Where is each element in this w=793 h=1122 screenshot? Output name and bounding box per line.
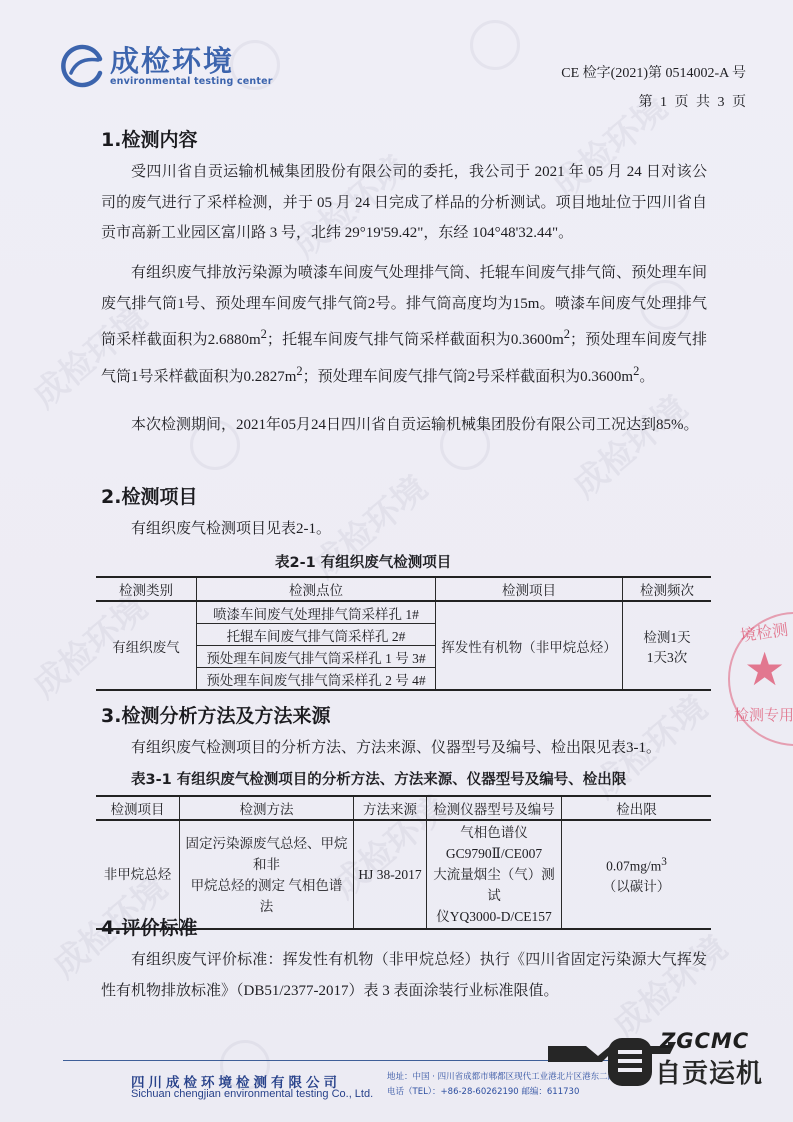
limit-text: 0.07mg/m bbox=[606, 858, 661, 873]
company-logo: 成检环境 environmental testing center bbox=[60, 43, 273, 89]
method-cell: 固定污染源废气总烃、甲烷和非 甲烷总烃的测定 气相色谱法 bbox=[180, 820, 354, 929]
section-2-title: 2.检测项目 bbox=[101, 482, 197, 509]
watermark: 成检环境 bbox=[560, 382, 696, 507]
limit-value: 0.07mg/m3 bbox=[566, 852, 707, 877]
table-row: 有组织废气 喷漆车间废气处理排气筒采样孔 1# 挥发性有机物（非甲烷总烃） 检测… bbox=[96, 601, 711, 624]
limit-cell: 0.07mg/m3 （以碳计） bbox=[562, 820, 712, 929]
source-cell: HJ 38-2017 bbox=[354, 820, 427, 929]
official-stamp: 境检测 ★ 检测专用 bbox=[728, 612, 793, 742]
zgcmc-brand-cn: 自贡运机 bbox=[655, 1053, 763, 1090]
instrument-line: 仪YQ3000-D/CE157 bbox=[431, 906, 557, 927]
text: ；预处理车间废气排气筒2号采样截面积为0.3600m bbox=[303, 369, 633, 385]
footer-company-en: Sichuan chengjian environmental testing … bbox=[131, 1088, 373, 1100]
table-header-row: 检测类别 检测点位 检测项目 检测频次 bbox=[96, 577, 711, 601]
page-indicator: 第 1 页 共 3 页 bbox=[639, 91, 747, 111]
column-header: 检测项目 bbox=[436, 577, 623, 601]
section-1-paragraph-2: 有组织废气排放污染源为喷漆车间废气处理排气筒、托辊车间废气排气筒、预处理车间废气… bbox=[101, 258, 707, 392]
column-header: 检出限 bbox=[562, 796, 712, 820]
point-cell: 预处理车间废气排气筒采样孔 2 号 4# bbox=[197, 668, 436, 691]
table-2-1: 检测类别 检测点位 检测项目 检测频次 有组织废气 喷漆车间废气处理排气筒采样孔… bbox=[96, 576, 711, 691]
section-1-title: 1.检测内容 bbox=[101, 125, 197, 152]
logo-subtitle: environmental testing center bbox=[110, 76, 273, 87]
table-2-1-caption: 表2-1 有组织废气检测项目 bbox=[275, 551, 451, 572]
frequency-line: 检测1天 bbox=[627, 626, 707, 646]
section-4-title: 4.评价标准 bbox=[101, 913, 197, 940]
instrument-line: 气相色谱仪 bbox=[431, 822, 557, 843]
table-header-row: 检测项目 检测方法 方法来源 检测仪器型号及编号 检出限 bbox=[96, 796, 711, 820]
column-header: 检测频次 bbox=[623, 577, 712, 601]
point-cell: 喷漆车间废气处理排气筒采样孔 1# bbox=[197, 601, 436, 624]
zgcmc-brand-en: ZGCMC bbox=[660, 1029, 749, 1053]
column-header: 检测方法 bbox=[180, 796, 354, 820]
point-cell: 预处理车间废气排气筒采样孔 1 号 3# bbox=[197, 646, 436, 668]
section-1-paragraph-3: 本次检测期间，2021年05月24日四川省自贡运输机械集团股份有限公司工况达到8… bbox=[101, 410, 707, 441]
stamp-bottom-text: 检测专用 bbox=[734, 704, 793, 725]
instrument-line: 大流量烟尘（气）测试 bbox=[431, 864, 557, 906]
section-3-title: 3.检测分析方法及方法来源 bbox=[101, 701, 330, 728]
method-line: 固定污染源废气总烃、甲烷和非 bbox=[184, 833, 349, 875]
column-header: 方法来源 bbox=[354, 796, 427, 820]
instrument-cell: 气相色谱仪 GC9790Ⅱ/CE007 大流量烟尘（气）测试 仪YQ3000-D… bbox=[427, 820, 562, 929]
document-page: 成检环境 成检环境 成检环境 成检环境 成检环境 成检环境 成检环境 成检环境 … bbox=[0, 0, 793, 1122]
item-cell: 挥发性有机物（非甲烷总烃） bbox=[436, 601, 623, 690]
column-header: 检测项目 bbox=[96, 796, 180, 820]
document-number: CE 检字(2021)第 0514002-A 号 bbox=[561, 62, 746, 82]
logo-e-icon bbox=[60, 43, 106, 89]
stamp-ring bbox=[728, 612, 793, 746]
column-header: 检测类别 bbox=[96, 577, 197, 601]
section-2-paragraph: 有组织废气检测项目见表2-1。 bbox=[101, 514, 707, 545]
column-header: 检测点位 bbox=[197, 577, 436, 601]
superscript: 3 bbox=[661, 856, 667, 868]
point-cell: 托辊车间废气排气筒采样孔 2# bbox=[197, 624, 436, 646]
stamp-top-text: 境检测 bbox=[739, 617, 790, 646]
method-line: 甲烷总烃的测定 气相色谱法 bbox=[184, 875, 349, 917]
instrument-line: GC9790Ⅱ/CE007 bbox=[431, 843, 557, 864]
table-3-1: 检测项目 检测方法 方法来源 检测仪器型号及编号 检出限 非甲烷总烃 固定污染源… bbox=[96, 795, 711, 930]
logo-title: 成检环境 bbox=[110, 45, 273, 77]
footer-divider bbox=[63, 1060, 623, 1061]
text: 。 bbox=[639, 369, 654, 385]
section-4-paragraph: 有组织废气评价标准：挥发性有机物（非甲烷总烃）执行《四川省固定污染源大气挥发性有… bbox=[101, 945, 707, 1006]
column-header: 检测仪器型号及编号 bbox=[427, 796, 562, 820]
category-cell: 有组织废气 bbox=[96, 601, 197, 690]
text: ；托辊车间废气排气筒采样截面积为0.3600m bbox=[267, 332, 564, 348]
limit-note: （以碳计） bbox=[566, 876, 707, 897]
table-3-1-caption: 表3-1 有组织废气检测项目的分析方法、方法来源、仪器型号及编号、检出限 bbox=[131, 768, 626, 789]
frequency-cell: 检测1天 1天3次 bbox=[623, 601, 712, 690]
watermark-circle bbox=[470, 20, 520, 70]
star-icon: ★ bbox=[744, 646, 785, 692]
section-1-paragraph-1: 受四川省自贡运输机械集团股份有限公司的委托，我公司于 2021 年 05 月 2… bbox=[101, 157, 707, 249]
section-3-paragraph: 有组织废气检测项目的分析方法、方法来源、仪器型号及编号、检出限见表3-1。 bbox=[101, 733, 707, 764]
frequency-line: 1天3次 bbox=[627, 646, 707, 666]
